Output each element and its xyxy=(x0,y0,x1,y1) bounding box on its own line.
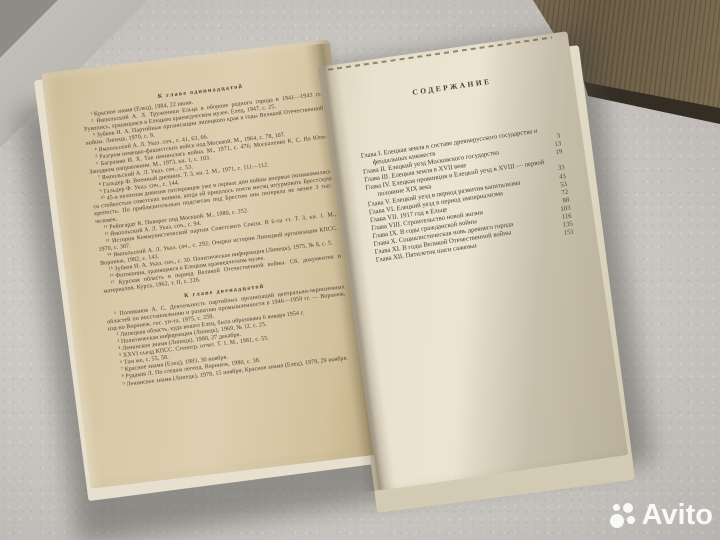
watermark-text: Avito xyxy=(642,499,713,532)
toc-list: Глава I. Елецкая земля в составе древнер… xyxy=(360,124,574,265)
page-edge-dashes xyxy=(328,36,552,70)
book-photo-scene: К главе одиннадцатой ¹ Красное знамя (Ел… xyxy=(0,0,720,540)
toc-entry-page: 19 xyxy=(555,148,563,157)
toc-entry-page: 151 xyxy=(563,229,574,238)
avito-watermark: Avito xyxy=(610,499,713,532)
toc-title: СОДЕРЖАНИЕ xyxy=(352,68,551,105)
notes-list-chapter-eleven: ¹ Красное знамя (Елец), 1984, 22 июня.² … xyxy=(82,85,342,297)
avito-logo-icon xyxy=(610,502,637,529)
